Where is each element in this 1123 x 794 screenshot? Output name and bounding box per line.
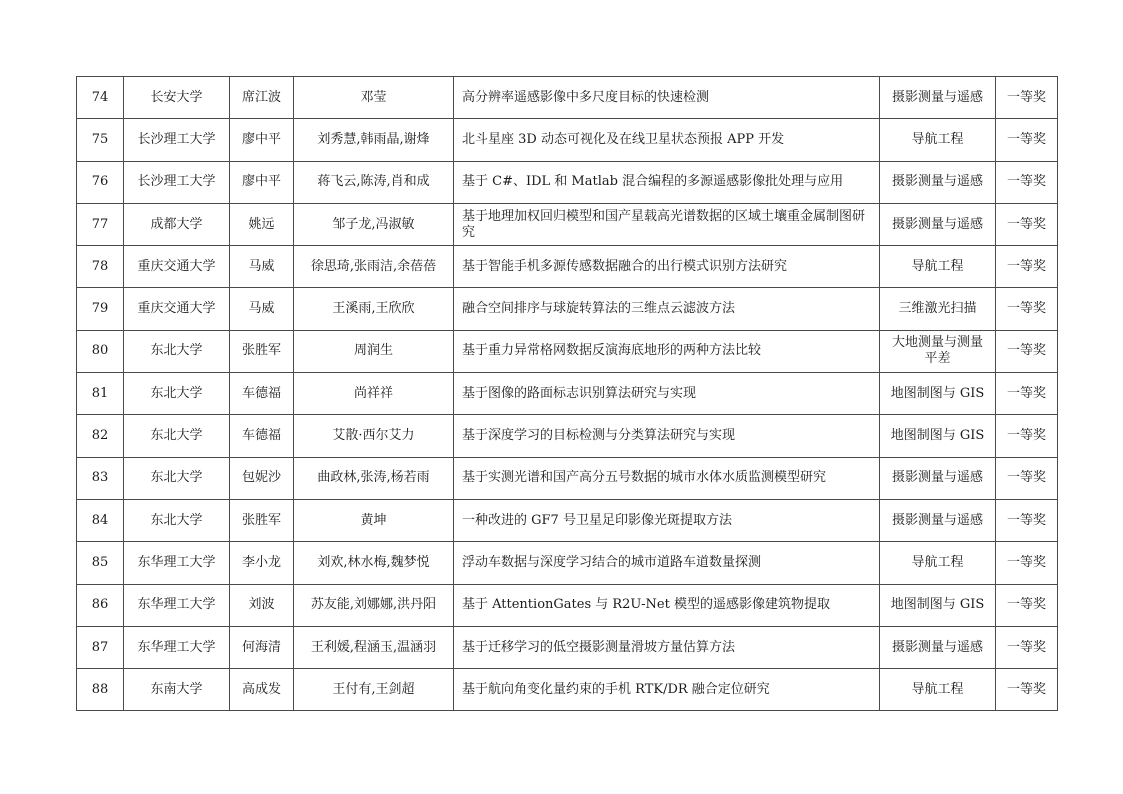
table-row: 80东北大学张胜军周润生基于重力异常格网数据反演海底地形的两种方法比较大地测量与…	[77, 330, 1058, 372]
category-cell: 三维激光扫描	[880, 288, 996, 330]
category-cell: 导航工程	[880, 246, 996, 288]
category-cell: 摄影测量与遥感	[880, 77, 996, 119]
table-row: 85东华理工大学李小龙刘欢,林水梅,魏梦悦浮动车数据与深度学习结合的城市道路车道…	[77, 542, 1058, 584]
project-title-cell: 基于航向角变化量约束的手机 RTK/DR 融合定位研究	[454, 669, 880, 711]
table-row: 77成都大学姚远邹子龙,冯淑敏基于地理加权回归模型和国产星载高光谱数据的区域土壤…	[77, 203, 1058, 245]
project-title-cell: 基于智能手机多源传感数据融合的出行模式识别方法研究	[454, 246, 880, 288]
advisor-cell: 张胜军	[230, 330, 294, 372]
members-cell: 艾散·西尔艾力	[294, 415, 454, 457]
university-cell: 东北大学	[124, 415, 230, 457]
project-title-cell: 北斗星座 3D 动态可视化及在线卫星状态预报 APP 开发	[454, 119, 880, 161]
advisor-cell: 车德福	[230, 373, 294, 415]
advisor-cell: 廖中平	[230, 161, 294, 203]
members-cell: 蒋飞云,陈涛,肖和成	[294, 161, 454, 203]
award-cell: 一等奖	[996, 626, 1058, 668]
award-cell: 一等奖	[996, 669, 1058, 711]
table-row: 88东南大学高成发王付有,王剑超基于航向角变化量约束的手机 RTK/DR 融合定…	[77, 669, 1058, 711]
university-cell: 重庆交通大学	[124, 246, 230, 288]
members-cell: 刘秀慧,韩雨晶,谢烽	[294, 119, 454, 161]
project-title-cell: 基于迁移学习的低空摄影测量滑坡方量估算方法	[454, 626, 880, 668]
category-cell: 摄影测量与遥感	[880, 161, 996, 203]
row-number-cell: 84	[77, 499, 124, 541]
category-cell: 地图制图与 GIS	[880, 415, 996, 457]
row-number-cell: 77	[77, 203, 124, 245]
university-cell: 东北大学	[124, 373, 230, 415]
members-cell: 黄坤	[294, 499, 454, 541]
members-cell: 邹子龙,冯淑敏	[294, 203, 454, 245]
members-cell: 曲政林,张涛,杨若雨	[294, 457, 454, 499]
row-number-cell: 87	[77, 626, 124, 668]
table-row: 76长沙理工大学廖中平蒋飞云,陈涛,肖和成基于 C#、IDL 和 Matlab …	[77, 161, 1058, 203]
advisor-cell: 何海清	[230, 626, 294, 668]
project-title-cell: 基于深度学习的目标检测与分类算法研究与实现	[454, 415, 880, 457]
table-row: 84东北大学张胜军黄坤一种改进的 GF7 号卫星足印影像光斑提取方法摄影测量与遥…	[77, 499, 1058, 541]
members-cell: 刘欢,林水梅,魏梦悦	[294, 542, 454, 584]
award-cell: 一等奖	[996, 415, 1058, 457]
project-title-cell: 基于 AttentionGates 与 R2U-Net 模型的遥感影像建筑物提取	[454, 584, 880, 626]
award-cell: 一等奖	[996, 499, 1058, 541]
category-cell: 摄影测量与遥感	[880, 626, 996, 668]
university-cell: 长安大学	[124, 77, 230, 119]
project-title-cell: 基于图像的路面标志识别算法研究与实现	[454, 373, 880, 415]
row-number-cell: 85	[77, 542, 124, 584]
table-row: 83东北大学包妮沙曲政林,张涛,杨若雨基于实测光谱和国产高分五号数据的城市水体水…	[77, 457, 1058, 499]
advisor-cell: 廖中平	[230, 119, 294, 161]
advisor-cell: 高成发	[230, 669, 294, 711]
table-row: 82东北大学车德福艾散·西尔艾力基于深度学习的目标检测与分类算法研究与实现地图制…	[77, 415, 1058, 457]
advisor-cell: 刘波	[230, 584, 294, 626]
table-row: 81东北大学车德福尚祥祥基于图像的路面标志识别算法研究与实现地图制图与 GIS一…	[77, 373, 1058, 415]
university-cell: 东北大学	[124, 457, 230, 499]
project-title-cell: 基于实测光谱和国产高分五号数据的城市水体水质监测模型研究	[454, 457, 880, 499]
row-number-cell: 80	[77, 330, 124, 372]
university-cell: 东南大学	[124, 669, 230, 711]
award-cell: 一等奖	[996, 330, 1058, 372]
award-cell: 一等奖	[996, 288, 1058, 330]
category-cell: 地图制图与 GIS	[880, 584, 996, 626]
university-cell: 东北大学	[124, 330, 230, 372]
award-cell: 一等奖	[996, 77, 1058, 119]
table-row: 74长安大学席江波邓莹高分辨率遥感影像中多尺度目标的快速检测摄影测量与遥感一等奖	[77, 77, 1058, 119]
table-row: 75长沙理工大学廖中平刘秀慧,韩雨晶,谢烽北斗星座 3D 动态可视化及在线卫星状…	[77, 119, 1058, 161]
award-cell: 一等奖	[996, 246, 1058, 288]
row-number-cell: 82	[77, 415, 124, 457]
table-row: 79重庆交通大学马威王溪雨,王欣欣融合空间排序与球旋转算法的三维点云滤波方法三维…	[77, 288, 1058, 330]
row-number-cell: 78	[77, 246, 124, 288]
advisor-cell: 包妮沙	[230, 457, 294, 499]
advisor-cell: 马威	[230, 246, 294, 288]
university-cell: 重庆交通大学	[124, 288, 230, 330]
university-cell: 东华理工大学	[124, 542, 230, 584]
members-cell: 王溪雨,王欣欣	[294, 288, 454, 330]
members-cell: 王付有,王剑超	[294, 669, 454, 711]
row-number-cell: 74	[77, 77, 124, 119]
awards-table: 74长安大学席江波邓莹高分辨率遥感影像中多尺度目标的快速检测摄影测量与遥感一等奖…	[76, 76, 1058, 711]
university-cell: 东华理工大学	[124, 626, 230, 668]
award-cell: 一等奖	[996, 584, 1058, 626]
project-title-cell: 高分辨率遥感影像中多尺度目标的快速检测	[454, 77, 880, 119]
advisor-cell: 马威	[230, 288, 294, 330]
category-cell: 摄影测量与遥感	[880, 457, 996, 499]
advisor-cell: 张胜军	[230, 499, 294, 541]
row-number-cell: 86	[77, 584, 124, 626]
university-cell: 东华理工大学	[124, 584, 230, 626]
university-cell: 东北大学	[124, 499, 230, 541]
advisor-cell: 席江波	[230, 77, 294, 119]
project-title-cell: 基于重力异常格网数据反演海底地形的两种方法比较	[454, 330, 880, 372]
project-title-cell: 浮动车数据与深度学习结合的城市道路车道数量探测	[454, 542, 880, 584]
category-cell: 导航工程	[880, 669, 996, 711]
university-cell: 长沙理工大学	[124, 161, 230, 203]
row-number-cell: 76	[77, 161, 124, 203]
table-row: 78重庆交通大学马威徐思琦,张雨洁,余蓓蓓基于智能手机多源传感数据融合的出行模式…	[77, 246, 1058, 288]
category-cell: 大地测量与测量平差	[880, 330, 996, 372]
project-title-cell: 一种改进的 GF7 号卫星足印影像光斑提取方法	[454, 499, 880, 541]
category-cell: 摄影测量与遥感	[880, 203, 996, 245]
members-cell: 王利媛,程涵玉,温涵羽	[294, 626, 454, 668]
advisor-cell: 姚远	[230, 203, 294, 245]
members-cell: 周润生	[294, 330, 454, 372]
table-row: 86东华理工大学刘波苏友能,刘娜娜,洪丹阳基于 AttentionGates 与…	[77, 584, 1058, 626]
project-title-cell: 基于地理加权回归模型和国产星载高光谱数据的区域土壤重金属制图研究	[454, 203, 880, 245]
members-cell: 尚祥祥	[294, 373, 454, 415]
award-cell: 一等奖	[996, 542, 1058, 584]
members-cell: 邓莹	[294, 77, 454, 119]
row-number-cell: 75	[77, 119, 124, 161]
project-title-cell: 融合空间排序与球旋转算法的三维点云滤波方法	[454, 288, 880, 330]
university-cell: 成都大学	[124, 203, 230, 245]
row-number-cell: 83	[77, 457, 124, 499]
row-number-cell: 88	[77, 669, 124, 711]
awards-table-body: 74长安大学席江波邓莹高分辨率遥感影像中多尺度目标的快速检测摄影测量与遥感一等奖…	[77, 77, 1058, 711]
category-cell: 摄影测量与遥感	[880, 499, 996, 541]
award-cell: 一等奖	[996, 373, 1058, 415]
row-number-cell: 81	[77, 373, 124, 415]
category-cell: 地图制图与 GIS	[880, 373, 996, 415]
members-cell: 徐思琦,张雨洁,余蓓蓓	[294, 246, 454, 288]
award-cell: 一等奖	[996, 203, 1058, 245]
row-number-cell: 79	[77, 288, 124, 330]
university-cell: 长沙理工大学	[124, 119, 230, 161]
award-cell: 一等奖	[996, 119, 1058, 161]
advisor-cell: 李小龙	[230, 542, 294, 584]
award-cell: 一等奖	[996, 161, 1058, 203]
project-title-cell: 基于 C#、IDL 和 Matlab 混合编程的多源遥感影像批处理与应用	[454, 161, 880, 203]
table-row: 87东华理工大学何海清王利媛,程涵玉,温涵羽基于迁移学习的低空摄影测量滑坡方量估…	[77, 626, 1058, 668]
advisor-cell: 车德福	[230, 415, 294, 457]
award-cell: 一等奖	[996, 457, 1058, 499]
category-cell: 导航工程	[880, 119, 996, 161]
category-cell: 导航工程	[880, 542, 996, 584]
members-cell: 苏友能,刘娜娜,洪丹阳	[294, 584, 454, 626]
